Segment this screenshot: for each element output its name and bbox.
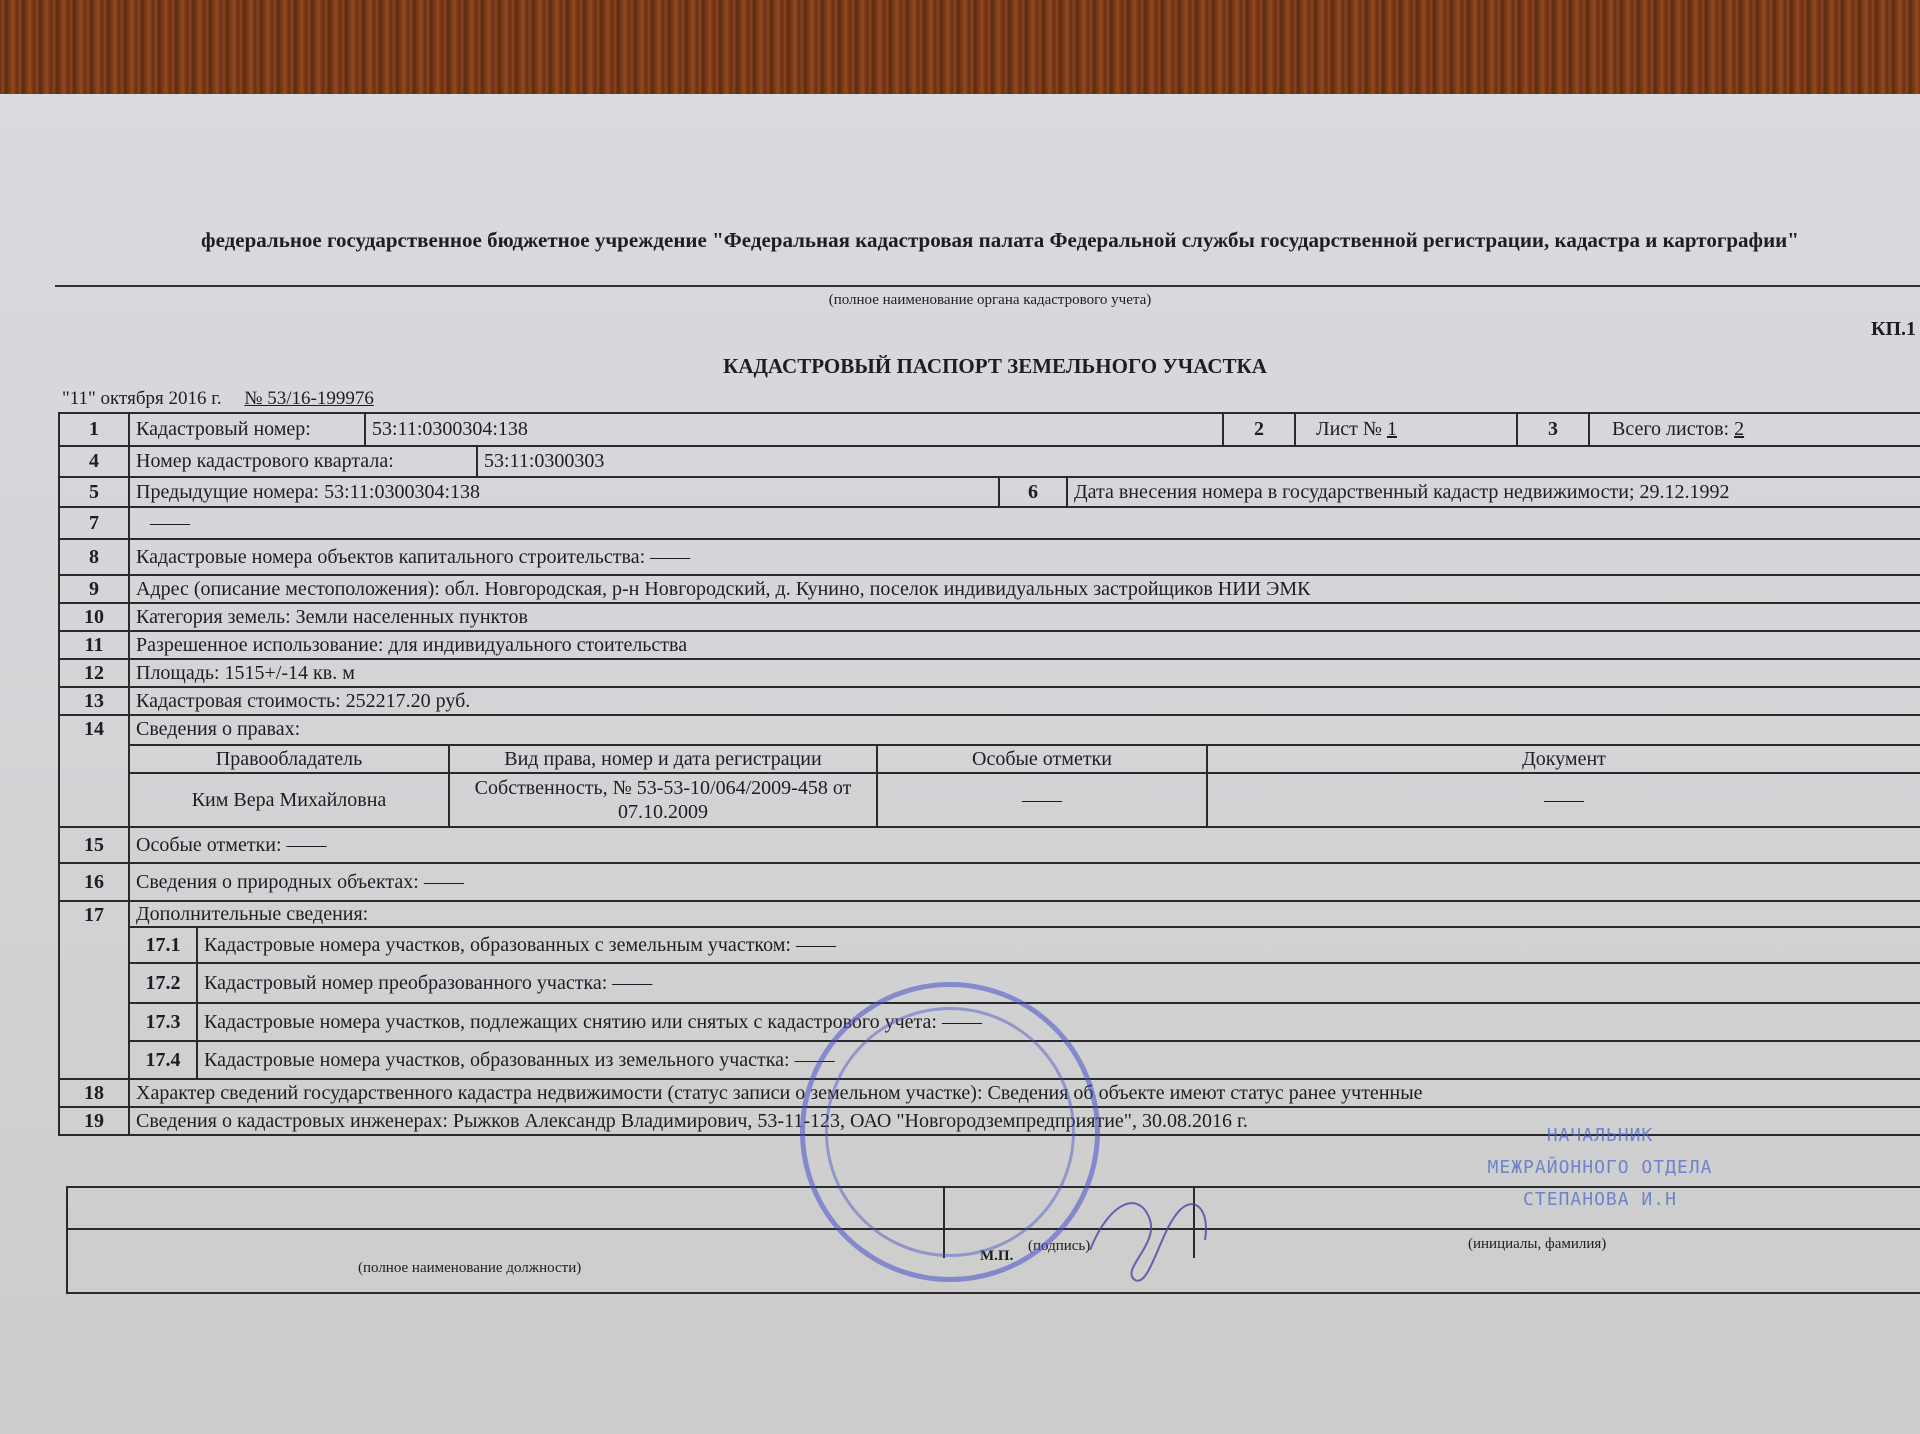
row-1: 1 Кадастровый номер: 53:11:0300304:138 2…: [58, 414, 1920, 447]
record-status: Характер сведений государственного кадас…: [130, 1080, 1423, 1106]
sub-row-number: 17.4: [130, 1042, 198, 1078]
permitted-use: Разрешенное использование: для индивидуа…: [130, 632, 687, 658]
total-sheets: Всего листов: 2: [1590, 414, 1744, 445]
sub-row-text: Кадастровые номера участков, образованны…: [198, 928, 836, 962]
sub-row-number: 17.3: [130, 1004, 198, 1040]
form-code: КП.1: [1871, 318, 1920, 341]
stamp-line: МЕЖРАЙОННОГО ОТДЕЛА: [1470, 1152, 1730, 1184]
cadastral-number-label: Кадастровый номер:: [130, 414, 366, 445]
area: Площадь: 1515+/-14 кв. м: [130, 660, 355, 686]
rights-document: ——: [1208, 772, 1920, 826]
row-number: 9: [58, 576, 130, 602]
rights-notes: ——: [878, 772, 1208, 826]
row-number: 13: [58, 688, 130, 714]
total-sheets-value: 2: [1734, 418, 1744, 441]
sub-row-text: Кадастровые номера участков, образованны…: [198, 1042, 835, 1078]
position-caption: (полное наименование должности): [358, 1260, 581, 1277]
capital-construction-numbers: Кадастровые номера объектов капитального…: [130, 540, 690, 574]
organization-caption: (полное наименование органа кадастрового…: [0, 292, 1920, 309]
row-number: 1: [58, 414, 130, 445]
name-caption: (инициалы, фамилия): [1468, 1236, 1606, 1253]
official-seal-stamp: [800, 982, 1100, 1282]
row-16: 16 Сведения о природных объектах: ——: [58, 864, 1920, 902]
sub-row-number: 17.1: [130, 928, 198, 962]
previous-numbers: Предыдущие номера: 53:11:0300304:138: [130, 478, 1000, 506]
stamp-line: СТЕПАНОВА И.Н: [1470, 1184, 1730, 1216]
registration-date: Дата внесения номера в государственный к…: [1068, 478, 1730, 506]
land-category: Категория земель: Земли населенных пункт…: [130, 604, 528, 630]
position-name-stamp: НАЧАЛЬНИК МЕЖРАЙОННОГО ОТДЕЛА СТЕПАНОВА …: [1470, 1120, 1730, 1216]
sub-row-text: Кадастровый номер преобразованного участ…: [198, 964, 652, 1002]
rights-type: Собственность, № 53-53-10/064/2009-458 о…: [450, 772, 878, 826]
row-number: 2: [1224, 414, 1296, 445]
total-sheets-label: Всего листов:: [1612, 418, 1729, 441]
additional-item: 17.2 Кадастровый номер преобразованного …: [130, 962, 1920, 1002]
rights-header-type: Вид права, номер и дата регистрации: [450, 744, 878, 772]
row-number: 19: [58, 1108, 130, 1134]
rights-header-document: Документ: [1208, 744, 1920, 772]
row-number: 14: [58, 716, 130, 826]
row-12: 12 Площадь: 1515+/-14 кв. м: [58, 660, 1920, 688]
cadastral-value: Кадастровая стоимость: 252217.20 руб.: [130, 688, 470, 714]
cadastral-number-value: 53:11:0300304:138: [366, 414, 1224, 445]
row-15: 15 Особые отметки: ——: [58, 828, 1920, 864]
stamp-line: НАЧАЛЬНИК: [1470, 1120, 1730, 1152]
row-number: 10: [58, 604, 130, 630]
row-number: 11: [58, 632, 130, 658]
rights-label: Сведения о правах:: [130, 716, 1920, 742]
rights-holder: Ким Вера Михайловна: [130, 772, 450, 826]
address: Адрес (описание местоположения): обл. Но…: [130, 576, 1310, 602]
row-number: 16: [58, 864, 130, 900]
row-number: 17: [58, 902, 130, 1078]
row-7: 7 ——: [58, 508, 1920, 540]
row-10: 10 Категория земель: Земли населенных пу…: [58, 604, 1920, 632]
additional-label: Дополнительные сведения:: [130, 902, 1920, 926]
row-number: 12: [58, 660, 130, 686]
sheet-number: Лист № 1: [1296, 414, 1518, 445]
special-notes: Особые отметки: ——: [130, 828, 327, 862]
row-number: 7: [58, 508, 130, 538]
row-number: 3: [1518, 414, 1590, 445]
row-number: 5: [58, 478, 130, 506]
document-title: КАДАСТРОВЫЙ ПАСПОРТ ЗЕМЕЛЬНОГО УЧАСТКА: [0, 354, 1920, 379]
row-number: 8: [58, 540, 130, 574]
document-number: № 53/16-199976: [244, 388, 373, 409]
rights-section: Сведения о правах: Правообладатель Вид п…: [130, 716, 1920, 826]
rights-table: Правообладатель Вид права, номер и дата …: [130, 744, 1920, 826]
sheet-value: 1: [1387, 418, 1397, 441]
row-7-value: ——: [130, 508, 190, 538]
rights-header-holder: Правообладатель: [130, 744, 450, 772]
row-13: 13 Кадастровая стоимость: 252217.20 руб.: [58, 688, 1920, 716]
document-date-line: "11" октября 2016 г. № 53/16-199976: [62, 388, 374, 410]
row-9: 9 Адрес (описание местоположения): обл. …: [58, 576, 1920, 604]
sub-row-number: 17.2: [130, 964, 198, 1002]
sheet-label: Лист №: [1316, 418, 1382, 441]
cadastral-block-value: 53:11:0300303: [478, 447, 604, 476]
handwritten-signature: [1080, 1170, 1220, 1290]
row-8: 8 Кадастровые номера объектов капитально…: [58, 540, 1920, 576]
natural-objects: Сведения о природных объектах: ——: [130, 864, 464, 900]
row-number: 4: [58, 447, 130, 476]
row-number: 15: [58, 828, 130, 862]
rights-header-notes: Особые отметки: [878, 744, 1208, 772]
row-number: 6: [1000, 478, 1068, 506]
document-date: "11" октября 2016 г.: [62, 388, 222, 409]
row-11: 11 Разрешенное использование: для индиви…: [58, 632, 1920, 660]
header-underline: [55, 285, 1920, 287]
row-14: 14 Сведения о правах: Правообладатель Ви…: [58, 716, 1920, 828]
row-number: 18: [58, 1080, 130, 1106]
organization-name: федеральное государственное бюджетное уч…: [120, 226, 1880, 254]
wooden-table-background: [0, 0, 1920, 100]
row-5: 5 Предыдущие номера: 53:11:0300304:138 6…: [58, 478, 1920, 508]
additional-item: 17.1 Кадастровые номера участков, образо…: [130, 926, 1920, 962]
cadastral-block-label: Номер кадастрового квартала:: [130, 447, 478, 476]
row-4: 4 Номер кадастрового квартала: 53:11:030…: [58, 447, 1920, 478]
